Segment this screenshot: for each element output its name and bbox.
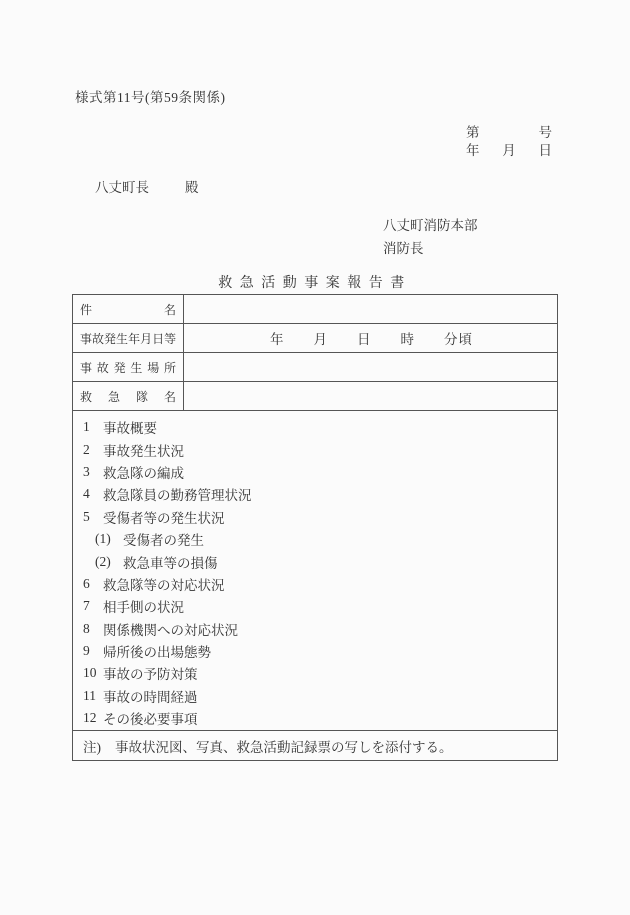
item-text: 救急隊の編成 — [103, 462, 184, 482]
sender-block: 八丈町消防本部 消防長 — [383, 214, 478, 260]
report-table: 件名 事故発生年月日等 年 月 日 時 分頃 事故発生場所 救急隊名 1 — [72, 294, 558, 761]
table-row-case-name: 件名 — [73, 295, 557, 324]
document-title: 救急活動事案報告書 — [0, 272, 630, 292]
item-number: (2) — [95, 554, 123, 570]
item-number: 2 — [83, 442, 103, 458]
item-number: 7 — [83, 598, 103, 614]
item-text: 事故発生状況 — [103, 440, 184, 460]
ambulance-team-value-cell — [184, 382, 557, 410]
list-item: 8 関係機関への対応状況 — [83, 618, 547, 640]
number-prefix-label: 第 — [466, 121, 480, 141]
case-name-label-cell: 件名 — [73, 295, 184, 323]
list-item: 3 救急隊の編成 — [83, 461, 547, 483]
ambulance-team-label-cell: 救急隊名 — [73, 382, 184, 410]
form-number: 様式第11号(第59条関係) — [75, 86, 226, 106]
incident-place-value-cell — [184, 353, 557, 381]
ambulance-team-label: 救急隊名 — [80, 388, 176, 405]
list-item: 12 その後必要事項 — [83, 707, 547, 729]
item-number: 9 — [83, 643, 103, 659]
list-item: 6 救急隊等の対応状況 — [83, 573, 547, 595]
list-item: 11 事故の時間経過 — [83, 685, 547, 707]
item-text: 帰所後の出場態勢 — [103, 641, 211, 661]
item-text: 受傷者の発生 — [123, 529, 204, 549]
document-date-line: 年 月 日 — [466, 139, 552, 159]
item-number: 6 — [83, 576, 103, 592]
item-text: 関係機関への対応状況 — [103, 619, 238, 639]
addressee-honorific: 殿 — [185, 176, 199, 196]
month-label: 月 — [502, 139, 516, 159]
note-row: 注) 事故状況図、写真、救急活動記録票の写しを添付する。 — [73, 731, 557, 760]
item-text: 救急隊員の勤務管理状況 — [103, 484, 252, 504]
item-number: 1 — [83, 419, 103, 435]
list-item: 4 救急隊員の勤務管理状況 — [83, 483, 547, 505]
list-item: 5 受傷者等の発生状況 — [83, 506, 547, 528]
item-number: 12 — [83, 710, 103, 726]
list-item: 7 相手側の状況 — [83, 595, 547, 617]
sender-title: 消防長 — [383, 237, 478, 260]
item-text: 相手側の状況 — [103, 596, 184, 616]
case-name-value-cell — [184, 295, 557, 323]
incident-date-label-cell: 事故発生年月日等 — [73, 324, 184, 352]
addressee-name: 八丈町長 — [95, 176, 149, 196]
item-number: (1) — [95, 531, 123, 547]
item-text: 事故の予防対策 — [103, 663, 198, 683]
list-subitem: (1) 受傷者の発生 — [95, 528, 547, 550]
item-text: 事故の時間経過 — [103, 686, 198, 706]
list-item: 2 事故発生状況 — [83, 438, 547, 460]
list-item: 1 事故概要 — [83, 416, 547, 438]
table-row-incident-place: 事故発生場所 — [73, 353, 557, 382]
document-number-line: 第 号 — [466, 121, 552, 141]
item-number: 5 — [83, 509, 103, 525]
day-label: 日 — [539, 139, 553, 159]
list-subitem: (2) 救急車等の損傷 — [95, 550, 547, 572]
list-item: 9 帰所後の出場態勢 — [83, 640, 547, 662]
note-label: 注) — [83, 736, 115, 756]
year-label: 年 — [466, 139, 480, 159]
item-text: 事故概要 — [103, 417, 157, 437]
item-text: 救急車等の損傷 — [123, 552, 218, 572]
item-number: 3 — [83, 464, 103, 480]
list-item: 10 事故の予防対策 — [83, 662, 547, 684]
item-number: 10 — [83, 665, 103, 681]
table-row-ambulance-team: 救急隊名 — [73, 382, 557, 411]
report-items-cell: 1 事故概要 2 事故発生状況 3 救急隊の編成 4 救急隊員の勤務管理状況 5… — [73, 411, 557, 731]
incident-date-value-cell: 年 月 日 時 分頃 — [184, 324, 557, 352]
sender-organization: 八丈町消防本部 — [383, 214, 478, 237]
incident-date-label: 事故発生年月日等 — [80, 330, 176, 347]
case-name-label: 件名 — [80, 301, 176, 318]
item-text: 救急隊等の対応状況 — [103, 574, 225, 594]
item-text: 受傷者等の発生状況 — [103, 507, 225, 527]
document-page: 様式第11号(第59条関係) 第 号 年 月 日 八丈町長 殿 八丈町消防本部 … — [0, 0, 630, 915]
table-row-incident-date: 事故発生年月日等 年 月 日 時 分頃 — [73, 324, 557, 353]
addressee-line: 八丈町長 殿 — [95, 176, 199, 196]
note-text: 事故状況図、写真、救急活動記録票の写しを添付する。 — [115, 736, 453, 756]
incident-place-label-cell: 事故発生場所 — [73, 353, 184, 381]
item-number: 4 — [83, 486, 103, 502]
item-number: 8 — [83, 621, 103, 637]
item-number: 11 — [83, 688, 103, 704]
item-text: その後必要事項 — [103, 708, 198, 728]
number-suffix-label: 号 — [539, 121, 553, 141]
incident-place-label: 事故発生場所 — [80, 359, 176, 376]
